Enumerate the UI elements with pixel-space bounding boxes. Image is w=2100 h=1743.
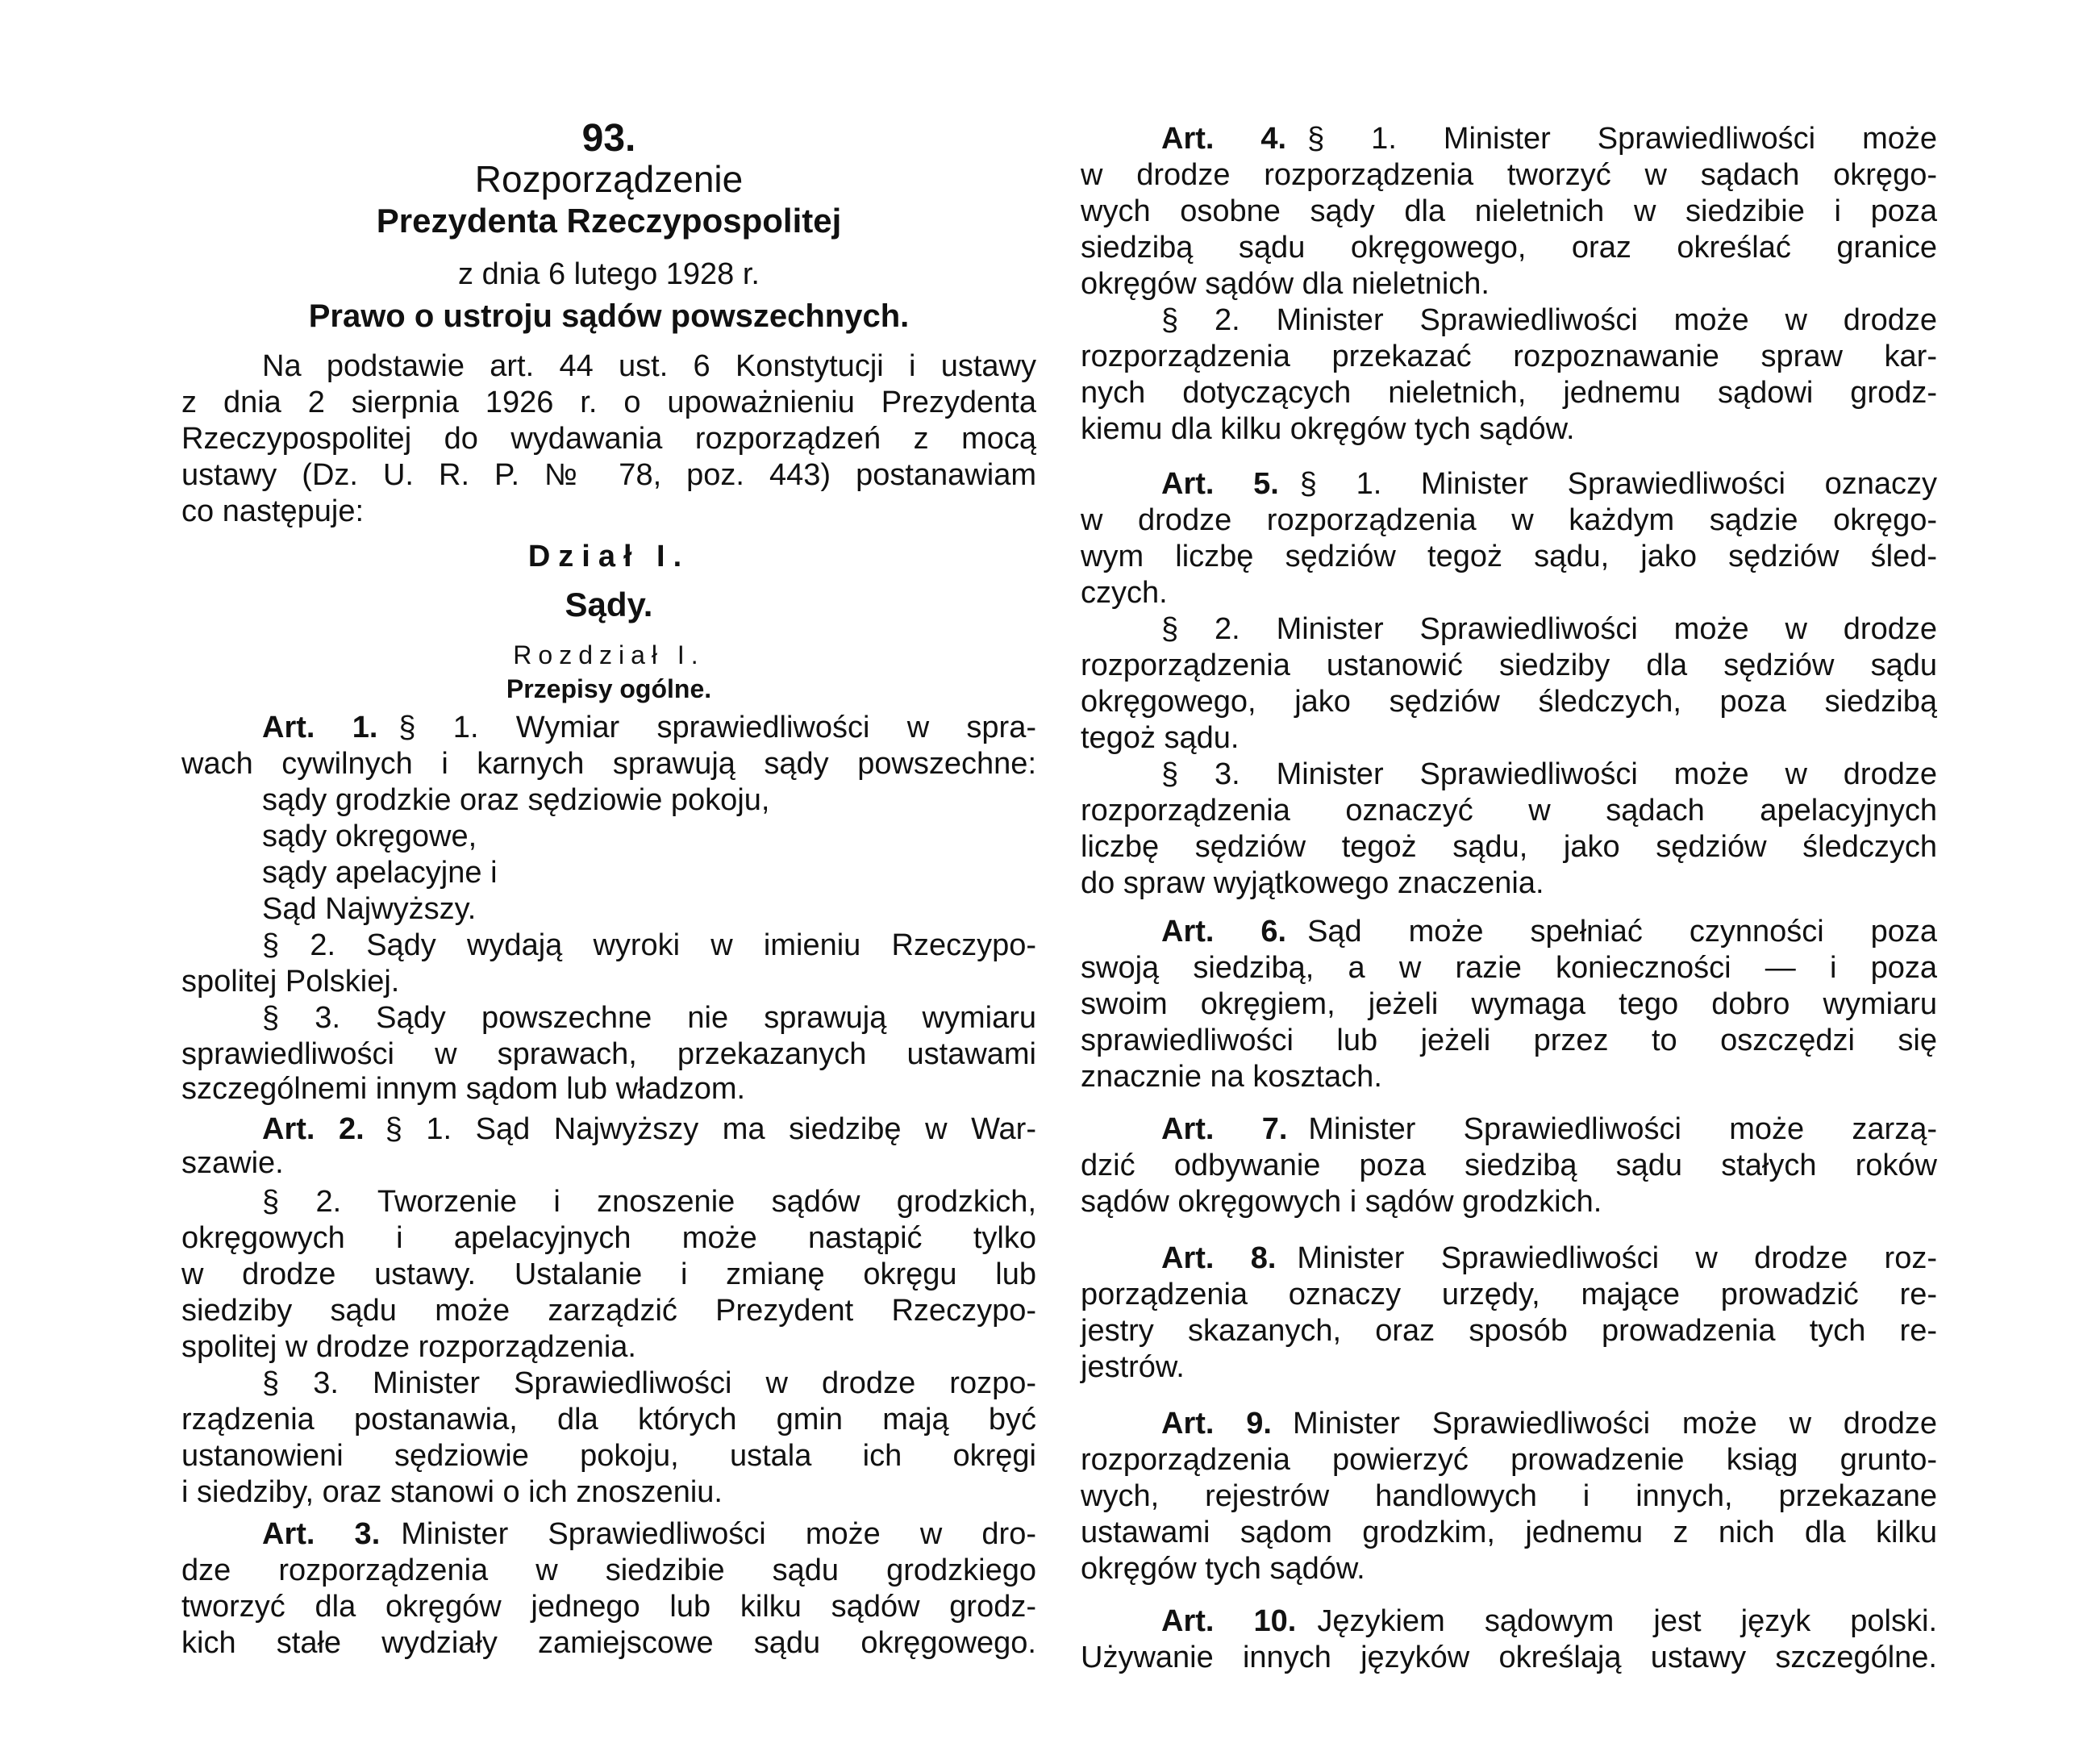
text-line: tegoż sądu. (1081, 720, 1937, 756)
text-line: i siedziby, oraz stanowi o ich znoszeniu… (181, 1474, 1036, 1510)
text-line: § 3. Minister Sprawiedliwości w drodze r… (181, 1366, 1036, 1401)
text-line: Używanie innych języków określają ustawy… (1081, 1640, 1937, 1675)
article-first-line: Art. 1.§ 1. Wymiar sprawiedliwości w spr… (181, 710, 1036, 745)
text-line: co następuje: (181, 494, 1036, 529)
text-line: wych, rejestrów handlowych i innych, prz… (1081, 1478, 1937, 1514)
text-line: Prawo o ustroju sądów powszechnych. (181, 298, 1036, 334)
text-line: znacznie na kosztach. (1081, 1059, 1937, 1095)
article-first-line: Art. 4.§ 1. Minister Sprawiedliwości moż… (1081, 121, 1937, 156)
text-line: jestry skazanych, oraz sposób prowadzeni… (1081, 1313, 1937, 1349)
text-line: wym liczbę sędziów tegoż sądu, jako sędz… (1081, 539, 1937, 574)
text-line: Sądy. (181, 587, 1036, 623)
article-text: § 1. Minister Sprawiedliwości oznaczy (1300, 467, 1937, 501)
article-number: Art. 9. (1161, 1407, 1272, 1441)
text-line: szczególnemi innym sądom lub władzom. (181, 1071, 1036, 1107)
text-line: swoją siedzibą, a w razie konieczności —… (1081, 950, 1937, 986)
text-line: rządzenia postanawia, dla których gmin m… (181, 1402, 1036, 1437)
article-first-line: Art. 8.Minister Sprawiedliwości w drodze… (1081, 1241, 1937, 1276)
text-line: § 3. Minister Sprawiedliwości może w dro… (1081, 757, 1937, 792)
article-first-line: Art. 10.Językiem sądowym jest język pols… (1081, 1603, 1937, 1639)
text-line: Rozporządzenie (181, 161, 1036, 197)
text-line: dze rozporządzenia w siedzibie sądu grod… (181, 1553, 1036, 1588)
article-first-line: Art. 2.§ 1. Sąd Najwyższy ma siedzibę w … (181, 1111, 1036, 1147)
article-number: Art. 3. (262, 1517, 380, 1551)
article-number: Art. 6. (1161, 915, 1286, 949)
article-number: Art. 1. (262, 711, 377, 744)
text-line: z dnia 6 lutego 1928 r. (181, 256, 1036, 292)
article-number: Art. 10. (1161, 1604, 1296, 1638)
text-line: dzić odbywanie poza siedzibą sądu stałyc… (1081, 1148, 1937, 1183)
text-line: sądy okręgowe, (181, 819, 1036, 854)
text-line: porządzenia oznaczy urzędy, mające prowa… (1081, 1277, 1937, 1312)
article-first-line: Art. 5.§ 1. Minister Sprawiedliwości ozn… (1081, 466, 1937, 502)
article-text: § 1. Wymiar sprawiedliwości w spra- (398, 711, 1036, 744)
article-number: Art. 5. (1161, 467, 1279, 501)
article-first-line: Art. 9.Minister Sprawiedliwości może w d… (1081, 1406, 1937, 1441)
text-line: § 2. Sądy wydają wyroki w imieniu Rzeczy… (181, 928, 1036, 963)
text-line: § 2. Tworzenie i znoszenie sądów grodzki… (181, 1184, 1036, 1220)
scanned-page: 93.RozporządzeniePrezydenta Rzeczypospol… (0, 0, 2100, 1743)
article-text: Minister Sprawiedliwości w drodze roz- (1297, 1241, 1937, 1275)
article-number: Art. 8. (1161, 1241, 1276, 1275)
text-line: Przepisy ogólne. (181, 671, 1036, 707)
text-line: wach cywilnych i karnych sprawują sądy p… (181, 746, 1036, 782)
text-line: Dział I. (181, 539, 1036, 574)
text-line: okręgowego, jako sędziów śledczych, poza… (1081, 684, 1937, 719)
article-text: Minister Sprawiedliwości może zarzą- (1308, 1112, 1937, 1146)
article-first-line: Art. 6.Sąd może spełniać czynności poza (1081, 914, 1937, 949)
text-line: Prezydenta Rzeczypospolitej (181, 203, 1036, 239)
text-line: szawie. (181, 1145, 1036, 1181)
text-line: siedzibą sądu okręgowego, oraz określać … (1081, 230, 1937, 265)
text-line: rozporządzenia ustanowić siedziby dla sę… (1081, 648, 1937, 683)
text-line: czych. (1081, 575, 1937, 611)
text-line: rozporządzenia powierzyć prowadzenie ksi… (1081, 1442, 1937, 1478)
text-line: jestrów. (1081, 1349, 1937, 1385)
text-line: 93. (181, 121, 1036, 156)
text-line: w drodze ustawy. Ustalanie i zmianę okrę… (181, 1257, 1036, 1292)
text-line: okręgów sądów dla nieletnich. (1081, 266, 1937, 302)
text-line: sądy grodzkie oraz sędziowie pokoju, (181, 782, 1036, 818)
text-line: sprawiedliwości w sprawach, przekazanych… (181, 1036, 1036, 1072)
text-line: Na podstawie art. 44 ust. 6 Konstytucji … (181, 348, 1036, 384)
text-line: liczbę sędziów tegoż sądu, jako sędziów … (1081, 829, 1937, 865)
text-line: § 2. Minister Sprawiedliwości może w dro… (1081, 611, 1937, 647)
text-line: tworzyć dla okręgów jednego lub kilku są… (181, 1589, 1036, 1624)
text-line: Sąd Najwyższy. (181, 891, 1036, 927)
text-line: nych dotyczących nieletnich, jednemu sąd… (1081, 375, 1937, 411)
article-first-line: Art. 7.Minister Sprawiedliwości może zar… (1081, 1111, 1937, 1147)
text-line: okręgów tych sądów. (1081, 1551, 1937, 1587)
article-number: Art. 7. (1161, 1112, 1287, 1146)
text-line: § 2. Minister Sprawiedliwości może w dro… (1081, 302, 1937, 338)
article-text: § 1. Sąd Najwyższy ma siedzibę w War- (385, 1112, 1036, 1146)
text-line: do spraw wyjątkowego znaczenia. (1081, 865, 1937, 901)
text-line: okręgowych i apelacyjnych może nastąpić … (181, 1220, 1036, 1256)
article-text: Minister Sprawiedliwości może w drodze (1293, 1407, 1937, 1441)
article-text: § 1. Minister Sprawiedliwości może (1307, 122, 1937, 156)
text-line: kiemu dla kilku okręgów tych sądów. (1081, 411, 1937, 447)
article-number: Art. 4. (1161, 122, 1286, 156)
article-first-line: Art. 3.Minister Sprawiedliwości może w d… (181, 1516, 1036, 1552)
text-line: wych osobne sądy dla nieletnich w siedzi… (1081, 194, 1937, 229)
text-line: spolitej Polskiej. (181, 964, 1036, 999)
text-line: rozporządzenia oznaczyć w sądach apelacy… (1081, 793, 1937, 828)
article-text: Minister Sprawiedliwości może w dro- (401, 1517, 1036, 1551)
text-line: w drodze rozporządzenia w każdym sądzie … (1081, 502, 1937, 538)
text-line: w drodze rozporządzenia tworzyć w sądach… (1081, 157, 1937, 193)
text-line: § 3. Sądy powszechne nie sprawują wymiar… (181, 1000, 1036, 1036)
text-line: kich stałe wydziały zamiejscowe sądu okr… (181, 1625, 1036, 1661)
text-line: swoim okręgiem, jeżeli wymaga tego dobro… (1081, 986, 1937, 1022)
text-line: ustawy (Dz. U. R. P. № 78, poz. 443) pos… (181, 457, 1036, 493)
article-number: Art. 2. (262, 1112, 365, 1146)
text-line: Rzeczypospolitej do wydawania rozporządz… (181, 421, 1036, 457)
text-line: spolitej w drodze rozporządzenia. (181, 1329, 1036, 1365)
article-text: Sąd może spełniać czynności poza (1307, 915, 1937, 949)
text-line: sprawiedliwości lub jeżeli przez to oszc… (1081, 1023, 1937, 1058)
text-line: siedziby sądu może zarządzić Prezydent R… (181, 1293, 1036, 1328)
text-line: z dnia 2 sierpnia 1926 r. o upoważnieniu… (181, 385, 1036, 420)
text-line: Rozdział I. (181, 637, 1036, 673)
text-line: rozporządzenia przekazać rozpoznawanie s… (1081, 339, 1937, 374)
text-line: ustanowieni sędziowie pokoju, ustala ich… (181, 1438, 1036, 1474)
article-text: Językiem sądowym jest język polski. (1317, 1604, 1937, 1638)
text-line: sądów okręgowych i sądów grodzkich. (1081, 1184, 1937, 1220)
text-line: sądy apelacyjne i (181, 855, 1036, 890)
text-line: ustawami sądom grodzkim, jednemu z nich … (1081, 1515, 1937, 1550)
